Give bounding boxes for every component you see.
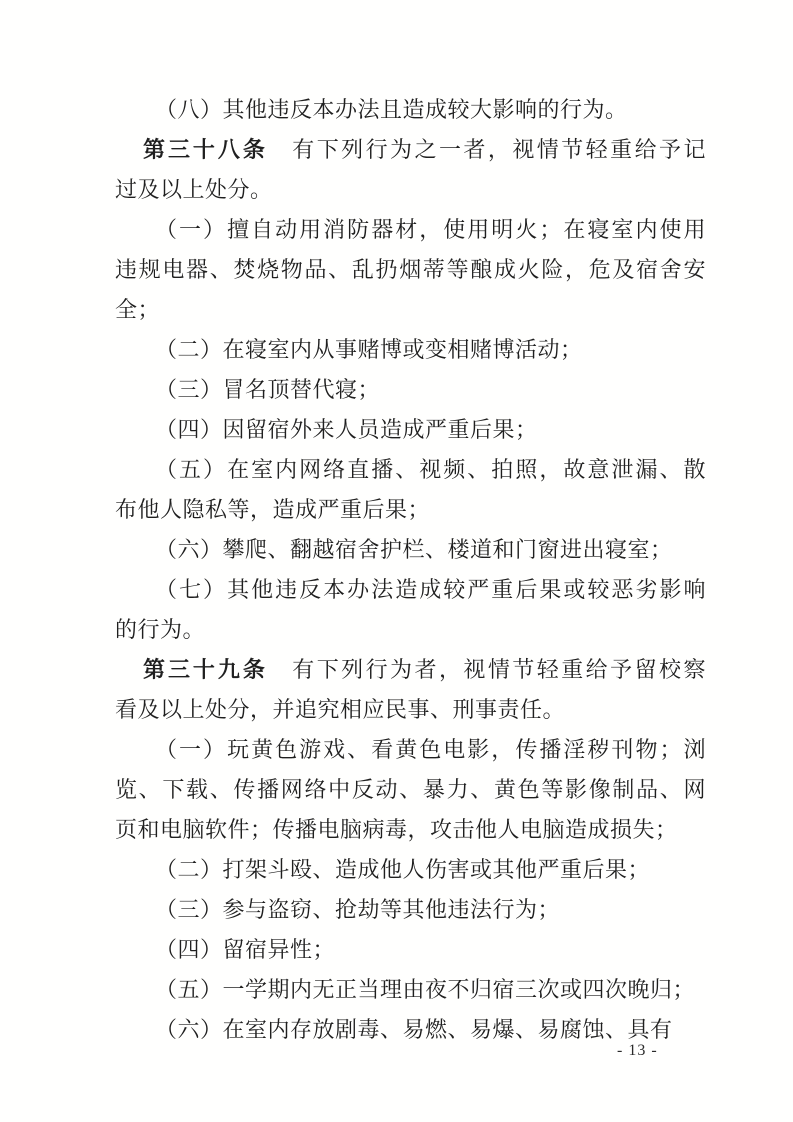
paragraph: （五）在室内网络直播、视频、拍照，故意泄漏、散布他人隐私等，造成严重后果； (115, 450, 706, 530)
text-line: （三）参与盗窃、抢劫等其他违法行为； (115, 890, 706, 930)
text-segment: （五）在室内网络直播、视频、拍照，故意泄漏、散 (155, 457, 706, 482)
text-line: 过及以上处分。 (115, 170, 706, 210)
text-segment: 违规电器、焚烧物品、乱扔烟蒂等酿成火险，危及宿舍安 (115, 257, 706, 282)
text-line: （四）留宿异性； (115, 930, 706, 970)
text-line: 第三十八条 有下列行为之一者，视情节轻重给予记 (115, 130, 706, 170)
text-line: （四）因留宿外来人员造成严重后果； (115, 410, 706, 450)
paragraph: （六）攀爬、翻越宿舍护栏、楼道和门窗进出寝室； (115, 530, 706, 570)
text-line: 全； (115, 290, 706, 330)
text-line: （一）擅自动用消防器材，使用明火；在寝室内使用 (115, 210, 706, 250)
text-line: 的行为。 (115, 610, 706, 650)
paragraph: （一）玩黄色游戏、看黄色电影，传播淫秽刊物；浏览、下载、传播网络中反动、暴力、黄… (115, 730, 706, 850)
paragraph: （一）擅自动用消防器材，使用明火；在寝室内使用违规电器、焚烧物品、乱扔烟蒂等酿成… (115, 210, 706, 330)
text-line: 布他人隐私等，造成严重后果； (115, 490, 706, 530)
text-segment: 全； (115, 297, 160, 322)
paragraph: （三）参与盗窃、抢劫等其他违法行为； (115, 890, 706, 930)
text-segment: （一）擅自动用消防器材，使用明火；在寝室内使用 (155, 217, 706, 242)
text-segment: （四）留宿异性； (155, 937, 335, 962)
document-page: （八）其他违反本办法且造成较大影响的行为。第三十八条 有下列行为之一者，视情节轻… (0, 0, 793, 1122)
text-segment: 览、下载、传播网络中反动、暴力、黄色等影像制品、网 (115, 777, 706, 802)
text-segment: （七）其他违反本办法造成较严重后果或较恶劣影响 (155, 577, 706, 602)
text-segment: 布他人隐私等，造成严重后果； (115, 497, 430, 522)
article-number: 第三十八条 (143, 137, 268, 162)
text-segment: （六）在室内存放剧毒、易燃、易爆、易腐蚀、具有 (155, 1017, 673, 1042)
text-line: 违规电器、焚烧物品、乱扔烟蒂等酿成火险，危及宿舍安 (115, 250, 706, 290)
paragraph: （八）其他违反本办法且造成较大影响的行为。 (115, 90, 706, 130)
paragraph: （三）冒名顶替代寝； (115, 370, 706, 410)
text-segment: （三）参与盗窃、抢劫等其他违法行为； (155, 897, 560, 922)
paragraph: （二）打架斗殴、造成他人伤害或其他严重后果； (115, 850, 706, 890)
text-line: （八）其他违反本办法且造成较大影响的行为。 (115, 90, 706, 130)
article-number: 第三十九条 (143, 657, 268, 682)
paragraph: （四）留宿异性； (115, 930, 706, 970)
text-segment: 的行为。 (115, 617, 205, 642)
text-line: （五）在室内网络直播、视频、拍照，故意泄漏、散 (115, 450, 706, 490)
text-line: （六）攀爬、翻越宿舍护栏、楼道和门窗进出寝室； (115, 530, 706, 570)
paragraph: （七）其他违反本办法造成较严重后果或较恶劣影响的行为。 (115, 570, 706, 650)
article-paragraph: 第三十八条 有下列行为之一者，视情节轻重给予记过及以上处分。 (115, 130, 706, 210)
paragraph: （二）在寝室内从事赌博或变相赌博活动； (115, 330, 706, 370)
text-line: 看及以上处分，并追究相应民事、刑事责任。 (115, 690, 706, 730)
text-segment: （五）一学期内无正当理由夜不归宿三次或四次晚归； (155, 977, 695, 1002)
text-segment: （二）在寝室内从事赌博或变相赌博活动； (155, 337, 583, 362)
text-line: （二）打架斗殴、造成他人伤害或其他严重后果； (115, 850, 706, 890)
text-line: 览、下载、传播网络中反动、暴力、黄色等影像制品、网 (115, 770, 706, 810)
text-segment: （三）冒名顶替代寝； (155, 377, 380, 402)
document-body: （八）其他违反本办法且造成较大影响的行为。第三十八条 有下列行为之一者，视情节轻… (115, 90, 706, 1050)
text-line: （二）在寝室内从事赌博或变相赌博活动； (115, 330, 706, 370)
text-line: （七）其他违反本办法造成较严重后果或较恶劣影响 (115, 570, 706, 610)
text-line: （三）冒名顶替代寝； (115, 370, 706, 410)
text-segment: （四）因留宿外来人员造成严重后果； (155, 417, 538, 442)
paragraph: （五）一学期内无正当理由夜不归宿三次或四次晚归； (115, 970, 706, 1010)
text-segment: 过及以上处分。 (115, 177, 273, 202)
article-paragraph: 第三十九条 有下列行为者，视情节轻重给予留校察看及以上处分，并追究相应民事、刑事… (115, 650, 706, 730)
page-number: - 13 - (617, 1040, 658, 1062)
text-line: （五）一学期内无正当理由夜不归宿三次或四次晚归； (115, 970, 706, 1010)
text-segment: 有下列行为者，视情节轻重给予留校察 (268, 657, 706, 682)
text-line: （一）玩黄色游戏、看黄色电影，传播淫秽刊物；浏 (115, 730, 706, 770)
text-segment: （六）攀爬、翻越宿舍护栏、楼道和门窗进出寝室； (155, 537, 673, 562)
text-line: 页和电脑软件；传播电脑病毒，攻击他人电脑造成损失； (115, 810, 706, 850)
text-segment: （八）其他违反本办法且造成较大影响的行为。 (155, 97, 628, 122)
text-segment: 有下列行为之一者，视情节轻重给予记 (268, 137, 706, 162)
text-segment: （一）玩黄色游戏、看黄色电影，传播淫秽刊物；浏 (155, 737, 706, 762)
text-segment: （二）打架斗殴、造成他人伤害或其他严重后果； (155, 857, 650, 882)
paragraph: （四）因留宿外来人员造成严重后果； (115, 410, 706, 450)
text-segment: 看及以上处分，并追究相应民事、刑事责任。 (115, 697, 565, 722)
text-segment: 页和电脑软件；传播电脑病毒，攻击他人电脑造成损失； (115, 817, 678, 842)
text-line: 第三十九条 有下列行为者，视情节轻重给予留校察 (115, 650, 706, 690)
